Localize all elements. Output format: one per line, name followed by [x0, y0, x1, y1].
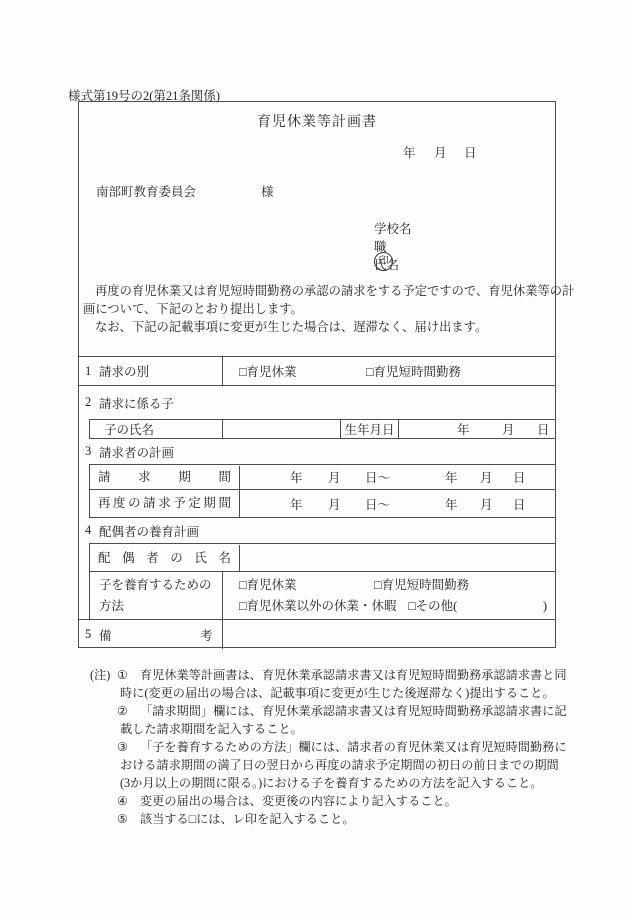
seal-icon: 印: [374, 252, 393, 271]
request-period-row: 請求期間 年 月 日～ 年 月 日: [89, 464, 556, 489]
birth-month-label: 月: [502, 420, 515, 438]
note-line: 育児休業等計画書は、育児休業承認請求書又は育児短時間勤務承認請求書と同: [140, 666, 568, 684]
checkbox-spouse-short-hours[interactable]: □育児短時間勤務: [374, 578, 469, 592]
replan-year-from: 年: [290, 495, 303, 513]
note-line: 「子を養育するための方法」欄には、請求者の育児休業又は育児短時間勤務に: [140, 738, 568, 756]
remarks-label-left: 備: [99, 626, 112, 644]
care-method-options-cell: □育児休業 □育児短時間勤務 □育児休業以外の休業・休暇 □その他( ): [223, 572, 556, 619]
care-method-options-line1: □育児休業 □育児短時間勤務: [239, 575, 556, 596]
care-method-options-line2: □育児休業以外の休業・休暇 □その他( ): [239, 596, 556, 617]
checkbox-childcare-leave[interactable]: □育児休業: [239, 362, 366, 380]
addressee-line: 南部町教育委員会 様: [96, 182, 396, 198]
note-item-3: ③ 「子を養育するための方法」欄には、請求者の育児休業又は育児短時間勤務に おけ…: [90, 738, 568, 792]
section-child-label: 請求に係る子: [99, 394, 174, 412]
request-period-input-area[interactable]: 年 月 日～ 年 月 日: [240, 465, 556, 489]
replan-month-from: 月: [328, 495, 341, 513]
checkbox-other-leave[interactable]: □育児休業以外の休業・休暇: [239, 596, 405, 617]
remarks-row: 5 備 考: [78, 619, 556, 649]
note-line: 該当する□には、レ印を記入すること。: [140, 810, 568, 828]
period-month-from: 月: [328, 468, 341, 486]
section-child-header: 2 請求に係る子: [78, 386, 556, 419]
note-number: ①: [117, 666, 128, 684]
section-spouse-header: 4 配偶者の養育計画: [78, 518, 556, 543]
replan-year-to: 年: [445, 495, 458, 513]
note-line: 載した請求期間を記入すること。: [120, 720, 568, 738]
note-item-2: ② 「請求期間」欄には、育児休業承認請求書又は育児短時間勤務承認請求書に記 載し…: [90, 702, 568, 738]
section-spouse-label: 配偶者の養育計画: [99, 522, 199, 540]
section-plan-header: 3 請求者の計画: [78, 439, 556, 464]
document-page: 様式第19号の2(第21条関係) 育児休業等計画書 年 月 日 南部町教育委員会…: [0, 0, 630, 915]
row-request-type: 1 請求の別 □育児休業 □育児短時間勤務: [78, 357, 556, 386]
note-number: ②: [117, 702, 128, 720]
spouse-name-label: 配偶者の氏名: [90, 545, 240, 571]
request-type-label: 請求の別: [99, 362, 149, 380]
period-day-from: 日～: [365, 468, 390, 486]
row-number: 3: [85, 444, 99, 459]
remarks-label-cell: 5 備 考: [78, 620, 223, 649]
birth-date-input-area[interactable]: 年 月 日: [399, 420, 556, 438]
body-line: 画について、下記のとおり提出します。: [83, 300, 551, 318]
row-number: 4: [85, 523, 99, 538]
row-number: 5: [85, 627, 91, 642]
remarks-label-right: 考: [200, 626, 213, 644]
checkbox-other[interactable]: □その他(: [408, 599, 457, 613]
form-outer-box: 育児休業等計画書 年 月 日 南部町教育委員会 様 学校名 職 氏名 印 再度の…: [78, 101, 556, 648]
date-year-label: 年: [403, 143, 416, 161]
notes-prefix: (注): [90, 666, 110, 684]
checkbox-spouse-childcare-leave[interactable]: □育児休業: [239, 575, 371, 596]
note-item-5: ⑤ 該当する□には、レ印を記入すること。: [90, 810, 568, 828]
child-name-input-area[interactable]: [223, 420, 341, 438]
note-line: 時に(変更の届出の場合は、記載事項に変更が生じた後遅滞なく)提出すること。: [120, 684, 568, 702]
note-line: (3か月以上の期間に限る。)における子を養育するための方法を記入すること。: [120, 774, 568, 792]
note-line: 「請求期間」欄には、育児休業承認請求書又は育児短時間勤務承認請求書に記: [140, 702, 568, 720]
submission-date-line: 年 月 日: [79, 143, 555, 159]
care-method-label-line: 方法: [99, 596, 216, 617]
birth-day-label: 日: [537, 420, 550, 438]
row-number: 2: [85, 395, 99, 410]
body-line: 再度の育児休業又は育児短時間勤務の承認の請求をする予定ですので、育児休業等の計: [83, 282, 551, 300]
care-method-label-line: 子を養育するための: [99, 575, 216, 596]
replan-period-label: 再度の請求予定期間: [90, 490, 240, 517]
request-period-label: 請求期間: [90, 466, 240, 489]
notes-section: (注) ① 育児休業等計画書は、育児休業承認請求書又は育児短時間勤務承認請求書と…: [90, 666, 568, 828]
note-number: ④: [117, 792, 128, 810]
body-paragraph: 再度の育児休業又は育児短時間勤務の承認の請求をする予定ですので、育児休業等の計 …: [83, 282, 551, 337]
replan-day-to: 日: [513, 495, 526, 513]
addressee-name: 南部町教育委員会: [96, 185, 196, 199]
request-type-label-cell: 1 請求の別: [78, 357, 223, 385]
school-name-label: 学校名: [374, 219, 412, 237]
replan-month-to: 月: [480, 495, 493, 513]
child-name-label: 子の氏名: [90, 420, 223, 438]
note-number: ③: [117, 738, 128, 756]
remarks-input-area[interactable]: [223, 620, 556, 649]
note-item-1: (注) ① 育児休業等計画書は、育児休業承認請求書又は育児短時間勤務承認請求書と…: [90, 666, 568, 702]
birth-date-label: 生年月日: [341, 420, 399, 438]
date-day-label: 日: [464, 143, 477, 161]
birth-year-label: 年: [457, 420, 470, 438]
request-type-options-cell: □育児休業 □育児短時間勤務: [223, 357, 556, 385]
section-plan-label: 請求者の計画: [99, 443, 174, 461]
spouse-name-input-area[interactable]: [240, 544, 556, 571]
row-number: 1: [85, 364, 99, 379]
period-year-from: 年: [290, 468, 303, 486]
spouse-name-row: 配偶者の氏名: [89, 543, 556, 571]
addressee-honorific: 様: [261, 182, 274, 200]
period-month-to: 月: [480, 468, 493, 486]
care-method-row: 子を養育するための 方法 □育児休業 □育児短時間勤務 □育児休業以外の休業・休…: [89, 571, 556, 619]
period-day-to: 日: [513, 468, 526, 486]
note-line: おける請求期間の満了日の翌日から再度の請求予定期間の初日の前日までの期間: [120, 756, 568, 774]
replan-period-row: 再度の請求予定期間 年 月 日～ 年 月 日: [89, 489, 556, 518]
date-month-label: 月: [434, 143, 447, 161]
replan-period-input-area[interactable]: 年 月 日～ 年 月 日: [240, 490, 556, 517]
note-number: ⑤: [117, 810, 128, 828]
body-line: なお、下記の記載事項に変更が生じた場合は、遅滞なく、届け出ます。: [83, 318, 551, 336]
other-close-paren: ): [543, 596, 547, 617]
note-item-4: ④ 変更の届出の場合は、変更後の内容により記入すること。: [90, 792, 568, 810]
replan-day-from: 日～: [365, 495, 390, 513]
page-title: 育児休業等計画書: [79, 111, 555, 131]
period-year-to: 年: [445, 468, 458, 486]
form-table: 1 請求の別 □育児休業 □育児短時間勤務 2 請求に係る子 子の氏名 生年月日…: [78, 356, 556, 648]
child-detail-row: 子の氏名 生年月日 年 月 日: [89, 419, 556, 439]
note-line: 変更の届出の場合は、変更後の内容により記入すること。: [140, 792, 568, 810]
checkbox-short-hours-work[interactable]: □育児短時間勤務: [366, 362, 461, 380]
care-method-label: 子を養育するための 方法: [90, 572, 223, 619]
